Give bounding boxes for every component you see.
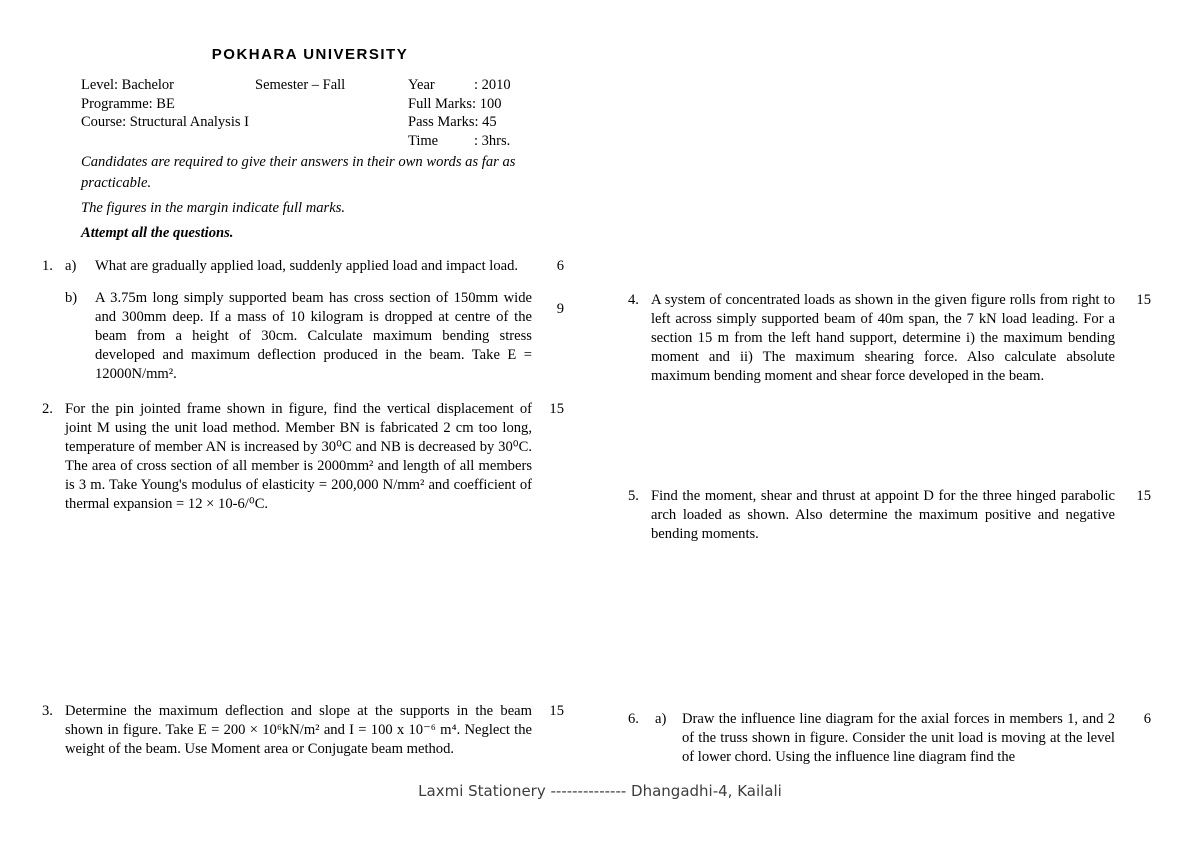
exam-meta: Level: Bachelor Semester – Fall Year : 2… [81,76,578,150]
question-1a-label: a) [65,257,95,276]
meta-time-value: : 3hrs. [474,132,510,151]
question-1b: b) A 3.75m long simply supported beam ha… [42,289,578,384]
question-5-number: 5. [628,487,651,506]
meta-spacer-3 [81,132,255,151]
meta-pass-marks: Pass Marks: 45 [408,113,578,132]
page-title: POKHARA UNIVERSITY [42,46,578,63]
meta-year: Year : 2010 [408,76,578,95]
meta-time-label: Time [408,132,474,151]
question-6-number: 6. [628,710,655,729]
question-1b-label: b) [65,289,95,308]
meta-programme: Programme: BE [81,95,255,114]
meta-year-value: : 2010 [474,76,511,95]
question-4: 4. A system of concentrated loads as sho… [628,291,1165,386]
question-5-text: Find the moment, shear and thrust at app… [651,487,1115,544]
question-1: 1. a) What are gradually applied load, s… [42,257,578,384]
meta-spacer-4 [255,132,408,151]
question-6a-marks: 6 [1144,710,1165,729]
question-1b-marks: 9 [557,300,578,319]
exam-paper-page: POKHARA UNIVERSITY Level: Bachelor Semes… [0,0,1200,849]
question-1a: 1. a) What are gradually applied load, s… [42,257,578,276]
question-2-text: For the pin jointed frame shown in figur… [65,400,532,514]
question-1b-text: A 3.75m long simply supported beam has c… [95,289,532,384]
question-2: 2. For the pin jointed frame shown in fi… [42,400,578,514]
meta-level: Level: Bachelor [81,76,255,95]
instruction-figures: The figures in the margin indicate full … [81,198,533,219]
question-3-number: 3. [42,702,65,721]
question-4-number: 4. [628,291,651,310]
question-5-marks: 15 [1136,487,1165,506]
meta-full-marks: Full Marks: 100 [408,95,578,114]
question-2-number: 2. [42,400,65,419]
question-1a-marks: 6 [557,257,578,276]
meta-course: Course: Structural Analysis I [81,113,255,132]
question-3: 3. Determine the maximum deflection and … [42,702,578,759]
meta-spacer-2 [255,113,408,132]
question-5: 5. Find the moment, shear and thrust at … [628,487,1165,544]
question-1a-text: What are gradually applied load, suddenl… [95,257,532,276]
question-3-marks: 15 [549,702,578,721]
question-6a-label: a) [655,710,682,729]
stationery-footer: Laxmi Stationery -------------- Dhangadh… [0,782,1200,800]
instruction-candidates: Candidates are required to give their an… [81,152,533,194]
question-4-marks: 15 [1136,291,1165,310]
instruction-attempt-all: Attempt all the questions. [81,223,533,244]
question-6a-text: Draw the influence line diagram for the … [682,710,1115,767]
question-3-text: Determine the maximum deflection and slo… [65,702,532,759]
meta-time: Time : 3hrs. [408,132,578,151]
question-1-number: 1. [42,257,65,276]
meta-spacer-1 [255,95,408,114]
question-2-marks: 15 [549,400,578,419]
question-6a: 6. a) Draw the influence line diagram fo… [628,710,1165,767]
question-4-text: A system of concentrated loads as shown … [651,291,1115,386]
instructions: Candidates are required to give their an… [81,152,533,248]
meta-year-label: Year [408,76,474,95]
question-6: 6. a) Draw the influence line diagram fo… [628,710,1165,767]
meta-semester: Semester – Fall [255,76,408,95]
